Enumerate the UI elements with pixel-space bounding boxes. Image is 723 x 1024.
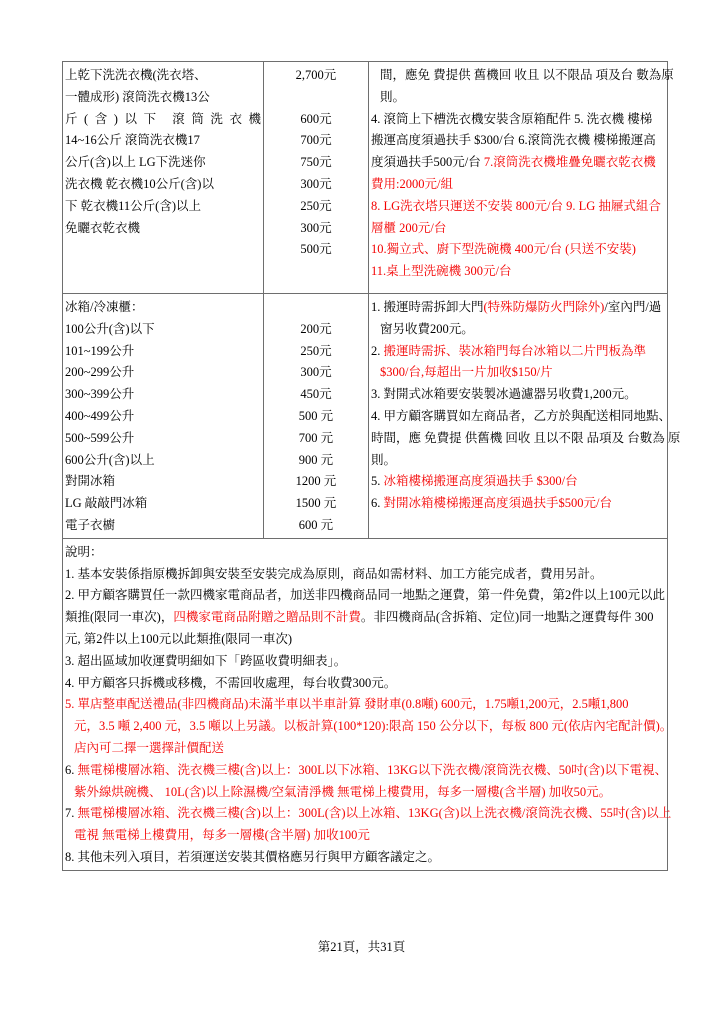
text-line: 紫外線烘碗機、 10L(含)以上除濕機/空氣清淨機 無電梯上樓費用，每多一層樓(… — [65, 782, 665, 804]
text-run: 8. 其他未列入項目，若須運送安裝其價格應另行與甲方顧客議定之。 — [65, 850, 440, 864]
text-line: 5. 冰箱樓梯搬運高度須過扶手 $300/台 — [371, 471, 665, 493]
text-run: 101~199公升 — [65, 344, 134, 358]
text-run: 4. 滾筒上下槽洗衣機安裝含原箱配件 5. 洗衣機 樓梯 — [371, 112, 652, 126]
text-run: 則。 — [371, 453, 396, 467]
text-line: 300元 — [266, 174, 366, 196]
text-run: LG 敲敲門冰箱 — [65, 496, 147, 510]
text-run: 5. — [371, 474, 384, 488]
text-line: 類推(限同一車次)，四機家電商品附贈之贈品則不計費。非四機商品(含拆箱、定位)同… — [65, 607, 665, 629]
washer-dryer-row: 上乾下洗洗衣機(洗衣塔、一體成形) 滾筒洗衣機13公斤(含)以下 滾筒洗衣機14… — [63, 62, 668, 294]
text-line: 1. 基本安裝係指原機拆卸與安裝至安裝完成為原則，商品如需材料、加工方能完成者，… — [65, 564, 665, 586]
text-run: 搬運時需拆、裝冰箱門每台冰箱以二片門板為準 — [384, 344, 647, 358]
fridge-freezer-row: 冰箱/冷凍櫃：100公升(含)以下101~199公升200~299公升300~3… — [63, 294, 668, 539]
text-run: 元, 第2件以上100元以此類推(限同一車次) — [65, 632, 292, 646]
text-line: 6. 無電梯樓層冰箱、洗衣機三樓(含)以上：300L以下冰箱、13KG以下洗衣機… — [65, 760, 665, 782]
text-line: 元, 第2件以上100元以此類推(限同一車次) — [65, 629, 665, 651]
text-run: 1. 基本安裝係指原機拆卸與安裝至安裝完成為原則，商品如需材料、加工方能完成者，… — [65, 567, 603, 581]
text-line: 300元 — [266, 362, 366, 384]
text-line: 則。 — [371, 450, 665, 472]
text-line: $300/台,每超出一片加收$150/片 — [371, 362, 665, 384]
text-line: 1. 搬運時需拆卸大門(特殊防爆防火門除外)/室內門/過 — [371, 297, 665, 319]
text-run: 下 乾衣機11公斤(含)以上 — [65, 199, 201, 213]
text-line: 一體成形) 滾筒洗衣機13公 — [65, 87, 261, 109]
text-line: 7. 無電梯樓層冰箱、洗衣機三樓(含)以上：300L(含)以上冰箱、13KG(含… — [65, 803, 665, 825]
text-line: 10.獨立式、廚下型洗碗機 400元/台 (只送不安裝) — [371, 239, 665, 261]
text-run: 度須過扶手500元/台 — [371, 155, 484, 169]
text-line: 2. 甲方顧客購買任一款四機家電商品者，加送非四機商品同一地點之運費，第一件免費… — [65, 585, 665, 607]
washer-items-cell: 上乾下洗洗衣機(洗衣塔、一體成形) 滾筒洗衣機13公斤(含)以下 滾筒洗衣機14… — [63, 62, 264, 294]
text-run: 元，3.5 噸 2,400 元，3.5 噸以上另議。以板計算(100*120):… — [74, 719, 672, 733]
remarks-row: 說明：1. 基本安裝係指原機拆卸與安裝至安裝完成為原則，商品如需材料、加工方能完… — [63, 538, 668, 870]
text-line: 冰箱/冷凍櫃： — [65, 297, 261, 319]
text-line — [266, 297, 366, 319]
text-run: 7.滾筒洗衣機堆疊免曬衣乾衣機 — [484, 155, 656, 169]
text-run: 一體成形) 滾筒洗衣機13公 — [65, 90, 210, 104]
text-run: 400~499公升 — [65, 409, 134, 423]
text-line: 700 元 — [266, 428, 366, 450]
text-line: 600公升(含)以上 — [65, 450, 261, 472]
text-line: 免曬衣乾衣機 — [65, 218, 261, 240]
text-line: 對開冰箱 — [65, 471, 261, 493]
text-run: 電子衣櫥 — [65, 518, 115, 532]
text-run: 公斤(含)以上 LG下洗迷你 — [65, 155, 206, 169]
text-line: 500 元 — [266, 406, 366, 428]
text-line: 則。 — [371, 87, 665, 109]
text-line: 250元 — [266, 341, 366, 363]
text-line: 元，3.5 噸 2,400 元，3.5 噸以上另議。以板計算(100*120):… — [65, 716, 665, 738]
text-line: 洗衣機 乾衣機10公斤(含)以 — [65, 174, 261, 196]
text-line: 200元 — [266, 319, 366, 341]
text-run: 6. — [371, 496, 384, 510]
fridge-notes-cell: 1. 搬運時需拆卸大門(特殊防爆防火門除外)/室內門/過窗另收費200元。2. … — [369, 294, 668, 539]
text-run: 100公升(含)以下 — [65, 322, 155, 336]
text-run: 3. 對開式冰箱要安裝製冰過濾器另收費1,200元。 — [371, 387, 637, 401]
text-run: 費用:2000元/組 — [371, 177, 453, 191]
text-run: 上乾下洗洗衣機(洗衣塔、 — [65, 68, 207, 82]
text-line: 層櫃 200元/台 — [371, 218, 665, 240]
text-run: 無電梯樓層冰箱、洗衣機三樓(含)以上：300L(含)以上冰箱、13KG(含)以上… — [78, 806, 672, 820]
text-line: 2,700元 — [266, 65, 366, 87]
text-line: 500~599公升 — [65, 428, 261, 450]
text-run: 2. — [371, 344, 384, 358]
text-line: 電視 無電梯上樓費用，每多一層樓(含半層) 加收100元 — [65, 825, 665, 847]
text-run: 無電梯樓層冰箱、洗衣機三樓(含)以上：300L以下冰箱、13KG以下洗衣機/滾筒… — [78, 763, 668, 777]
text-line: 400~499公升 — [65, 406, 261, 428]
text-run: /室內門/過 — [604, 300, 661, 314]
text-run: (特殊防爆防火門除外) — [484, 300, 605, 314]
text-run: 四機家電商品附贈之贈品則不計費 — [173, 610, 361, 624]
text-run: 類推(限同一車次)， — [65, 610, 173, 624]
text-run: 窗另收費200元。 — [380, 322, 474, 336]
text-run: 11.桌上型洗碗機 300元/台 — [371, 264, 512, 278]
text-line: 450元 — [266, 384, 366, 406]
text-line: 時間，應 免費提 供舊機 回收 且以不限 品項及 台數為 原 — [371, 428, 665, 450]
text-run: 間，應免 費提供 舊機回 收且 以不限品 項及台 數為原 — [380, 68, 674, 82]
text-run: 電視 無電梯上樓費用，每多一層樓(含半層) 加收100元 — [74, 828, 370, 842]
text-line: 750元 — [266, 152, 366, 174]
text-run: $300/台,每超出一片加收$150/片 — [380, 365, 553, 379]
text-run: 說明： — [65, 545, 103, 559]
text-run: 1. 搬運時需拆卸大門 — [371, 300, 484, 314]
page-number: 第21頁，共31頁 — [0, 936, 723, 958]
text-run: 斤(含)以下 滾筒洗衣機 — [65, 112, 261, 126]
text-run: 店內可二擇一選擇計價配送 — [74, 741, 224, 755]
text-run: 冰箱/冷凍櫃： — [65, 300, 143, 314]
text-run: 洗衣機 乾衣機10公斤(含)以 — [65, 177, 214, 191]
text-line: 間，應免 費提供 舊機回 收且 以不限品 項及台 數為原 — [371, 65, 665, 87]
text-line: 4. 滾筒上下槽洗衣機安裝含原箱配件 5. 洗衣機 樓梯 — [371, 109, 665, 131]
text-line: 8. LG洗衣塔只運送不安裝 800元/台 9. LG 抽屜式組合 — [371, 196, 665, 218]
text-run: 10.獨立式、廚下型洗碗機 400元/台 (只送不安裝) — [371, 242, 636, 256]
text-line: 101~199公升 — [65, 341, 261, 363]
text-run: 對開冰箱樓梯搬運高度須過扶手$500元/台 — [384, 496, 612, 510]
text-line: 上乾下洗洗衣機(洗衣塔、 — [65, 65, 261, 87]
text-line: 200~299公升 — [65, 362, 261, 384]
fridge-items-cell: 冰箱/冷凍櫃：100公升(含)以下101~199公升200~299公升300~3… — [63, 294, 264, 539]
text-run: 冰箱樓梯搬運高度須過扶手 $300/台 — [384, 474, 578, 488]
text-line: 電子衣櫥 — [65, 515, 261, 537]
text-line: 6. 對開冰箱樓梯搬運高度須過扶手$500元/台 — [371, 493, 665, 515]
washer-price-cell: 2,700元 600元700元750元300元250元300元500元 — [264, 62, 369, 294]
text-line: 4. 甲方顧客只拆機或移機，不需回收處理，每台收費300元。 — [65, 673, 665, 695]
text-line: 3. 對開式冰箱要安裝製冰過濾器另收費1,200元。 — [371, 384, 665, 406]
text-line: 300~399公升 — [65, 384, 261, 406]
text-run: 500~599公升 — [65, 431, 134, 445]
text-run: 200~299公升 — [65, 365, 134, 379]
text-run: 4. 甲方顧客只拆機或移機，不需回收處理，每台收費300元。 — [65, 676, 396, 690]
text-line: 說明： — [65, 542, 665, 564]
washer-notes-cell: 間，應免 費提供 舊機回 收且 以不限品 項及台 數為原則。4. 滾筒上下槽洗衣… — [369, 62, 668, 294]
text-line: 14~16公斤 滾筒洗衣機17 — [65, 130, 261, 152]
text-line: 600元 — [266, 109, 366, 131]
text-run: 2. 甲方顧客購買任一款四機家電商品者，加送非四機商品同一地點之運費，第一件免費… — [65, 588, 665, 602]
text-run: 6. — [65, 763, 78, 777]
text-line: 5. 單店整車配送禮品(非四機商品)未滿半車以半車計算 發財車(0.8噸) 60… — [65, 694, 665, 716]
fridge-price-cell: 200元250元300元450元500 元700 元900 元1200 元150… — [264, 294, 369, 539]
text-line: 250元 — [266, 196, 366, 218]
text-run: 紫外線烘碗機、 10L(含)以上除濕機/空氣清淨機 無電梯上樓費用，每多一層樓(… — [74, 785, 611, 799]
text-line: 店內可二擇一選擇計價配送 — [65, 738, 665, 760]
remarks-cell: 說明：1. 基本安裝係指原機拆卸與安裝至安裝完成為原則，商品如需材料、加工方能完… — [63, 538, 668, 870]
text-run: 免曬衣乾衣機 — [65, 221, 140, 235]
text-line: 3. 超出區域加收運費明細如下「跨區收費明細表」。 — [65, 651, 665, 673]
text-line: 100公升(含)以下 — [65, 319, 261, 341]
installation-fee-table: 上乾下洗洗衣機(洗衣塔、一體成形) 滾筒洗衣機13公斤(含)以下 滾筒洗衣機14… — [62, 61, 668, 871]
text-line: 600 元 — [266, 515, 366, 537]
text-run: 對開冰箱 — [65, 474, 115, 488]
document-page: 上乾下洗洗衣機(洗衣塔、一體成形) 滾筒洗衣機13公斤(含)以下 滾筒洗衣機14… — [0, 0, 723, 1024]
text-line: 窗另收費200元。 — [371, 319, 665, 341]
text-line: 700元 — [266, 130, 366, 152]
text-run: 3. 超出區域加收運費明細如下「跨區收費明細表」。 — [65, 654, 346, 668]
text-line: 斤(含)以下 滾筒洗衣機 — [65, 109, 261, 131]
text-line: 500元 — [266, 239, 366, 261]
text-run: 時間，應 免費提 供舊機 回收 且以不限 品項及 台數為 原 — [371, 431, 680, 445]
text-run: 搬運高度須過扶手 $300/台 6.滾筒洗衣機 樓梯搬運高 — [371, 133, 656, 147]
text-line: 搬運高度須過扶手 $300/台 6.滾筒洗衣機 樓梯搬運高 — [371, 130, 665, 152]
text-run: 600公升(含)以上 — [65, 453, 155, 467]
text-run: 8. LG洗衣塔只運送不安裝 800元/台 9. LG 抽屜式組合 — [371, 199, 661, 213]
text-run: 7. — [65, 806, 78, 820]
text-run: 4. 甲方顧客購買如左商品者，乙方於與配送相同地點、 — [371, 409, 671, 423]
text-line: 下 乾衣機11公斤(含)以上 — [65, 196, 261, 218]
text-run: 則。 — [380, 90, 405, 104]
text-line: 900 元 — [266, 450, 366, 472]
text-line — [266, 87, 366, 109]
text-run: 。非四機商品(含拆箱、定位)同一地點之運費每件 300 — [361, 610, 654, 624]
text-line: 度須過扶手500元/台 7.滾筒洗衣機堆疊免曬衣乾衣機 — [371, 152, 665, 174]
text-line: 4. 甲方顧客購買如左商品者，乙方於與配送相同地點、 — [371, 406, 665, 428]
text-line: 公斤(含)以上 LG下洗迷你 — [65, 152, 261, 174]
text-line: 300元 — [266, 218, 366, 240]
text-run: 層櫃 200元/台 — [371, 221, 446, 235]
text-line: 2. 搬運時需拆、裝冰箱門每台冰箱以二片門板為準 — [371, 341, 665, 363]
text-run: 14~16公斤 滾筒洗衣機17 — [65, 133, 200, 147]
text-line: 1500 元 — [266, 493, 366, 515]
text-line: 費用:2000元/組 — [371, 174, 665, 196]
text-line: 1200 元 — [266, 471, 366, 493]
text-line: LG 敲敲門冰箱 — [65, 493, 261, 515]
text-run: 5. 單店整車配送禮品(非四機商品)未滿半車以半車計算 發財車(0.8噸) 60… — [65, 697, 629, 711]
text-run: 300~399公升 — [65, 387, 134, 401]
text-line: 8. 其他未列入項目，若須運送安裝其價格應另行與甲方顧客議定之。 — [65, 847, 665, 869]
text-line: 11.桌上型洗碗機 300元/台 — [371, 261, 665, 283]
